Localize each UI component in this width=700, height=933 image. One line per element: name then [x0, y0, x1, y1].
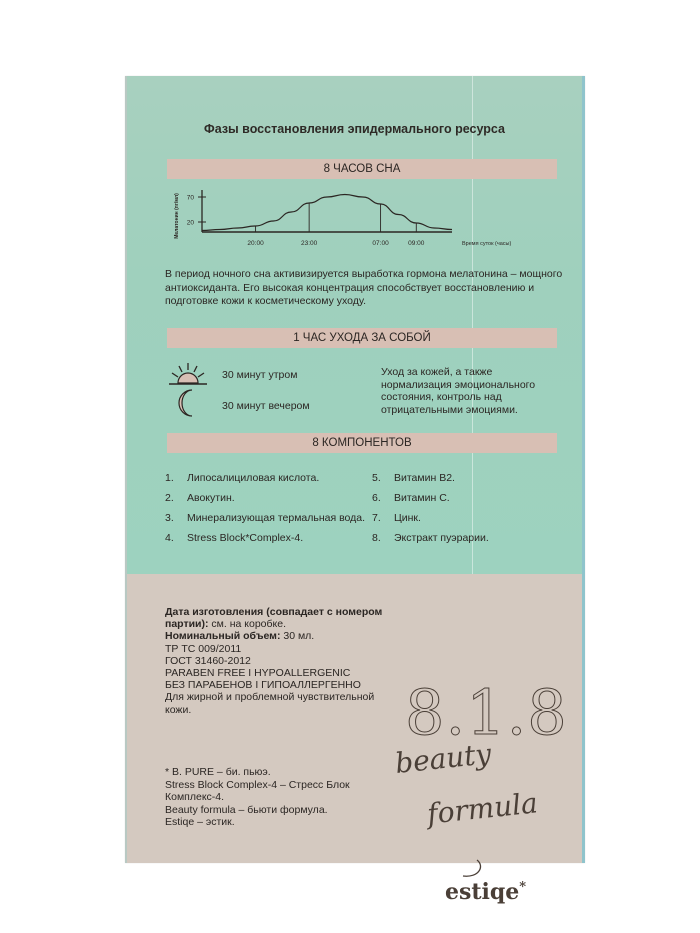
svg-text:Мелатонин (пг/мл): Мелатонин (пг/мл) — [174, 193, 180, 239]
svg-text:20: 20 — [187, 220, 195, 227]
product-box-back: Фазы восстановления эпидермального ресур… — [125, 76, 585, 863]
sleep-paragraph: В период ночного сна активизируется выра… — [165, 268, 565, 309]
care-description: Уход за кожей, а также нормализация эмоц… — [381, 366, 561, 416]
svg-text:20:00: 20:00 — [247, 240, 264, 247]
component-number: 4. — [165, 532, 187, 544]
paraben-free-en: PARABEN FREE I HYPOALLERGENIC — [165, 667, 395, 679]
footnote: * B. PURE – би. пьюэ. — [165, 766, 395, 779]
gost: ГОСТ 31460-2012 — [165, 655, 395, 667]
paraben-free-ru: БЕЗ ПАРАБЕНОВ I ГИПОАЛЛЕРГЕННО — [165, 679, 395, 691]
crescent-moon-icon — [175, 388, 201, 418]
component-label: Минерализующая термальная вода. — [187, 512, 365, 524]
svg-text:07:00: 07:00 — [372, 240, 389, 247]
tr-ts: ТР ТС 009/2011 — [165, 643, 395, 655]
box-crease — [472, 76, 473, 574]
melatonin-chart: 207020:0023:0007:0009:00Мелатонин (пг/мл… — [162, 188, 562, 268]
component-number: 6. — [372, 492, 394, 504]
svg-text:70: 70 — [187, 195, 195, 202]
product-info: Дата изготовления (совпадает с номером п… — [165, 606, 395, 716]
skin-type: Для жирной и проблемной чувствительной к… — [165, 691, 395, 715]
component-item: 8.Экстракт пуэрарии. — [372, 532, 489, 544]
sleep-band: 8 ЧАСОВ СНА — [167, 159, 557, 179]
component-item: 1.Липосалициловая кислота. — [165, 472, 319, 484]
component-label: Витамин B2. — [394, 472, 455, 484]
care-band: 1 ЧАС УХОДА ЗА СОБОЙ — [167, 328, 557, 348]
component-label: Авокутин. — [187, 492, 235, 504]
component-label: Витамин С. — [394, 492, 450, 504]
component-item: 3.Минерализующая термальная вода. — [165, 512, 365, 524]
manufacture-date: Дата изготовления (совпадает с номером п… — [165, 606, 395, 630]
component-number: 2. — [165, 492, 187, 504]
component-label: Stress Block*Complex-4. — [187, 532, 303, 544]
component-number: 8. — [372, 532, 394, 544]
care-evening: 30 минут вечером — [222, 400, 310, 412]
footnotes: * B. PURE – би. пьюэ. Stress Block Compl… — [165, 766, 395, 829]
mint-panel: Фазы восстановления эпидермального ресур… — [127, 76, 582, 574]
svg-text:09:00: 09:00 — [408, 240, 425, 247]
footnote: Beauty formula – бьюти формула. — [165, 804, 395, 817]
component-number: 5. — [372, 472, 394, 484]
component-item: 5.Витамин B2. — [372, 472, 455, 484]
svg-text:Время суток (часы): Время суток (часы) — [462, 241, 511, 247]
component-item: 6.Витамин С. — [372, 492, 450, 504]
component-item: 7.Цинк. — [372, 512, 421, 524]
melatonin-chart-svg: 207020:0023:0007:0009:00Мелатонин (пг/мл… — [162, 188, 562, 268]
component-label: Экстракт пуэрарии. — [394, 532, 489, 544]
footnote: Estiqe – эстик. — [165, 816, 395, 829]
component-number: 3. — [165, 512, 187, 524]
panel-title: Фазы восстановления эпидермального ресур… — [127, 122, 582, 136]
component-number: 7. — [372, 512, 394, 524]
svg-text:23:00: 23:00 — [301, 240, 318, 247]
brand-logo: estiqe* — [445, 879, 526, 905]
care-morning: 30 минут утром — [222, 369, 297, 381]
component-item: 4.Stress Block*Complex-4. — [165, 532, 303, 544]
component-label: Липосалициловая кислота. — [187, 472, 319, 484]
component-item: 2.Авокутин. — [165, 492, 235, 504]
footnote: Stress Block Complex-4 – Стресс Блок Ком… — [165, 779, 395, 804]
nominal-volume: Номинальный объем: 30 мл. — [165, 630, 395, 642]
component-label: Цинк. — [394, 512, 421, 524]
sunrise-icon — [167, 361, 209, 387]
components-band: 8 КОМПОНЕНТОВ — [167, 433, 557, 453]
component-number: 1. — [165, 472, 187, 484]
